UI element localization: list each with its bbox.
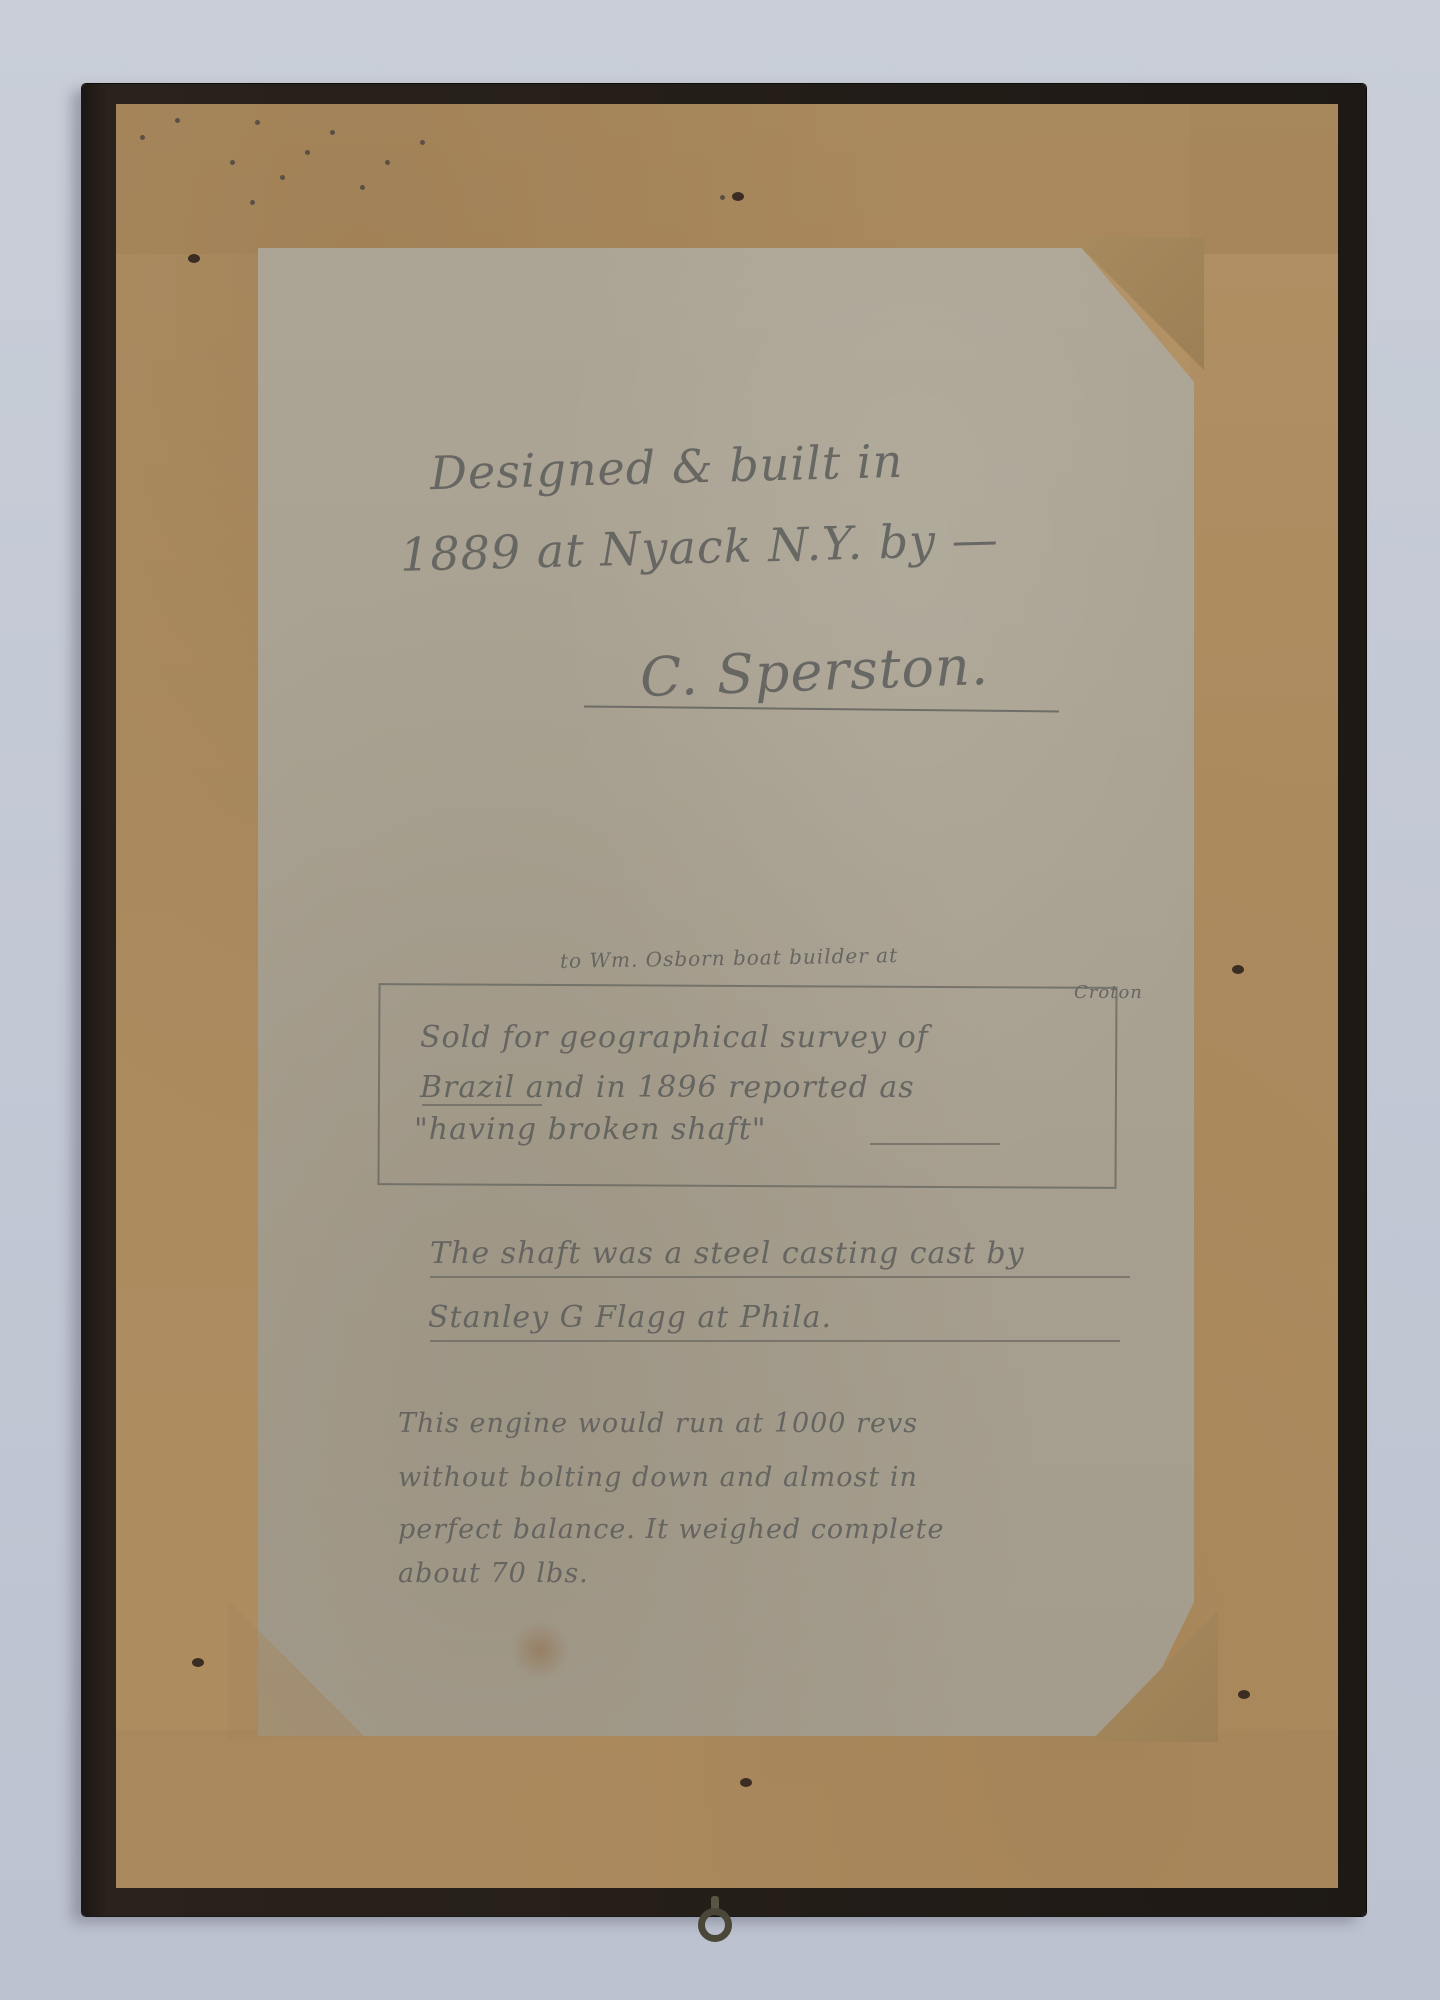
underline-shaft-1: [430, 1276, 1130, 1278]
signature: C. Sperston.: [639, 634, 990, 709]
tape-bottom: [116, 1730, 1338, 1888]
water-stain: [510, 1620, 570, 1680]
nail-icon: [188, 254, 200, 263]
boxed-line-1: Sold for geographical survey of: [420, 1020, 929, 1055]
boxed-line-2: Brazil and in 1896 reported as: [420, 1070, 915, 1105]
nail-icon: [1238, 1690, 1250, 1699]
underline-shaft-2: [430, 1340, 1120, 1342]
boxed-line-3: "having broken shaft": [414, 1112, 767, 1147]
shaft-line-2: Stanley G Flagg at Phila.: [428, 1300, 832, 1335]
hanging-ring-icon: [698, 1908, 732, 1942]
engine-line-2: without bolting down and almost in: [398, 1462, 918, 1493]
nail-icon: [192, 1658, 204, 1667]
engine-line-3: perfect balance. It weighed complete: [398, 1514, 945, 1545]
underline-brazil: [422, 1104, 542, 1106]
nail-icon: [1232, 965, 1244, 974]
shaft-line-1: The shaft was a steel casting cast by: [430, 1236, 1025, 1271]
tape-top: [116, 104, 1338, 254]
nail-icon: [732, 192, 744, 201]
engine-line-4: about 70 lbs.: [398, 1558, 589, 1589]
underline-quote: [870, 1143, 1000, 1145]
engine-line-1: This engine would run at 1000 revs: [398, 1408, 918, 1439]
nail-icon: [740, 1778, 752, 1787]
